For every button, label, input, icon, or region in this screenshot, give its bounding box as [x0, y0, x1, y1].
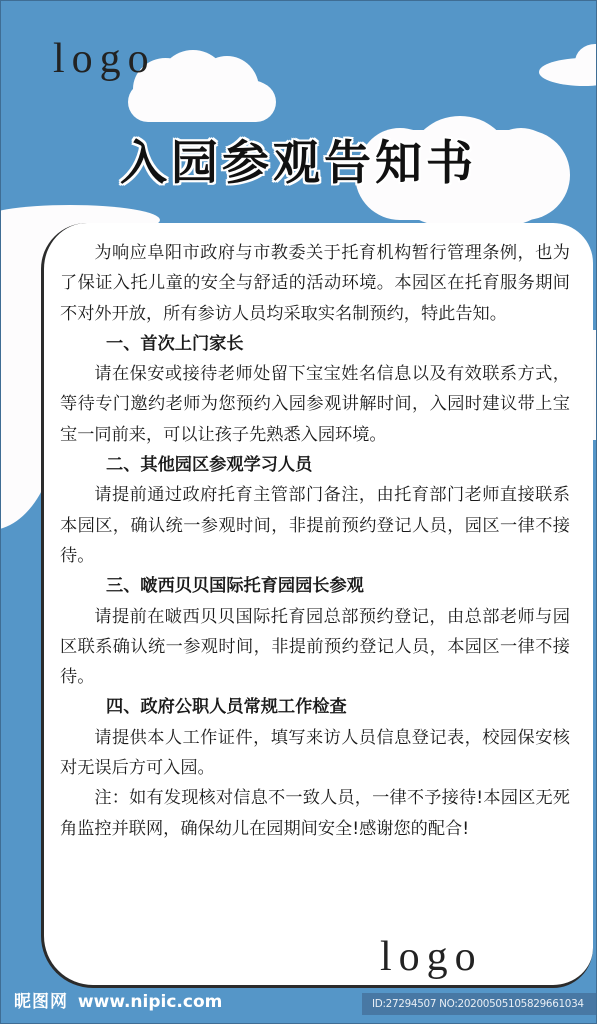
- section-body-1: 请在保安或接待老师处留下宝宝姓名信息以及有效联系方式，等待专门邀约老师为您预约入…: [60, 359, 570, 450]
- section-heading-1: 一、首次上门家长: [60, 329, 570, 359]
- section-heading-2: 二、其他园区参观学习人员: [60, 450, 570, 480]
- section-body-2: 请提前通过政府托育主管部门备注，由托育部门老师直接联系本园区，确认统一参观时间，…: [60, 480, 570, 571]
- section-body-4: 请提供本人工作证件，填写来访人员信息登记表，校园保安核对无误后方可入园。: [60, 723, 570, 784]
- note-paragraph: 注：如有发现核对信息不一致人员，一律不予接待!本园区无死角监控并联网，确保幼儿在…: [60, 783, 570, 844]
- logo-bottom: logo: [380, 936, 483, 978]
- section-body-3: 请提前在啵西贝贝国际托育园总部预约登记，由总部老师与园区联系确认统一参观时间，非…: [60, 602, 570, 693]
- page-title: 入园参观告知书: [0, 140, 597, 187]
- section-heading-3: 三、啵西贝贝国际托育园园长参观: [60, 571, 570, 601]
- watermark-id: ID:27294507 NO:20200505105829661034: [362, 993, 597, 1015]
- notice-content: 为响应阜阳市政府与市教委关于托育机构暂行管理条例，也为了保证入托儿童的安全与舒适…: [60, 238, 570, 844]
- watermark-site: 昵图网 www.nipic.com: [14, 994, 222, 1011]
- logo-top: logo: [53, 38, 156, 80]
- watermark-site-url: www.nipic.com: [78, 992, 222, 1012]
- intro-paragraph: 为响应阜阳市政府与市教委关于托育机构暂行管理条例，也为了保证入托儿童的安全与舒适…: [60, 238, 570, 329]
- section-heading-4: 四、政府公职人员常规工作检查: [60, 692, 570, 722]
- watermark-site-name: 昵图网: [14, 992, 68, 1012]
